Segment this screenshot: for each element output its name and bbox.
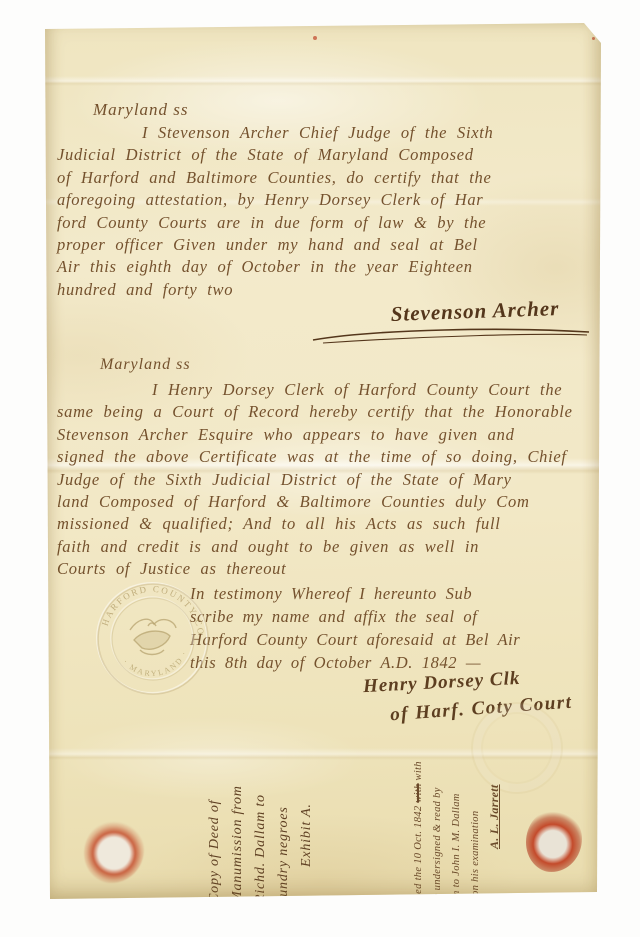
filing-line: Filed the 10 Oct. 1842 with with <box>409 717 428 899</box>
embossed-court-seal: HARFORD COUNTY COURT · MARYLAND · <box>92 578 212 698</box>
judge-attestation-paragraph: I Stevenson Archer Chief Judge of the Si… <box>57 122 597 301</box>
docket-label: Copy of Deed ofManumission fromRichd. Da… <box>203 717 321 899</box>
handwritten-line: aforegoing attestation, by Henry Dorsey … <box>57 189 597 211</box>
red-ink-speck <box>592 37 595 40</box>
filing-line-continuation: with <box>413 761 424 783</box>
handwritten-line: proper officer Given under my hand and s… <box>57 234 597 256</box>
handwritten-line: of Harford and Baltimore Counties, do ce… <box>57 167 597 189</box>
handwritten-line: Judicial District of the State of Maryla… <box>57 144 597 166</box>
handwritten-line: land Composed of Harford & Baltimore Cou… <box>57 491 597 513</box>
svg-text:HARFORD COUNTY COURT: HARFORD COUNTY COURT <box>92 578 206 637</box>
scan-background: Maryland ss I Stevenson Archer Chief Jud… <box>0 0 640 937</box>
testimony-clause: In testimony Whereof I hereunto Subscrib… <box>190 582 580 674</box>
handwritten-line: Stevenson Archer Esquire who appears to … <box>57 424 597 446</box>
red-ink-speck <box>313 36 317 40</box>
docket-line: Richd. Dallam to <box>249 717 272 899</box>
filing-line: him to John I. M. Dallam <box>447 717 466 899</box>
handwritten-line: ford County Courts are in due form of la… <box>57 212 597 234</box>
handwritten-line: I Stevenson Archer Chief Judge of the Si… <box>57 122 597 144</box>
docket-line: sundry negroes <box>272 717 295 899</box>
seal-ring-text-top: HARFORD COUNTY COURT <box>92 578 206 637</box>
seal-eagle-icon <box>130 619 176 654</box>
clerk-attestation-heading: Maryland ss <box>100 356 191 374</box>
handwritten-line: faith and credit is and ought to be give… <box>57 536 597 558</box>
signature-flourish <box>307 325 597 347</box>
clerk-attestation-paragraph: I Henry Dorsey Clerk of Harford County C… <box>57 379 597 581</box>
handwritten-line: missioned & qualified; And to all his Ac… <box>57 513 597 535</box>
handwritten-line: Air this eighth day of October in the ye… <box>57 256 597 278</box>
wax-seal-remnant-left <box>84 821 144 883</box>
paper-crease <box>45 76 601 86</box>
filing-note: Filed the 10 Oct. 1842 with with the und… <box>409 717 505 899</box>
handwritten-line: signed the above Certificate was at the … <box>57 446 597 468</box>
struck-word: with <box>413 783 424 802</box>
handwritten-line: same being a Court of Record hereby cert… <box>57 401 597 423</box>
docket-line: Exhibit A. <box>295 717 318 899</box>
filing-date-text: Filed the 10 Oct. 1842 <box>413 803 424 899</box>
handwritten-line: Judge of the Sixth Judicial District of … <box>57 469 597 491</box>
docket-line: Manumission from <box>226 717 249 899</box>
handwritten-line: scribe my name and affix the seal of <box>190 605 580 628</box>
handwritten-line: this 8th day of October A.D. 1842 — <box>190 651 580 674</box>
filing-line: the undersigned & read by <box>428 717 447 899</box>
jarrett-signature: A. L. Jarrett <box>485 717 504 899</box>
wax-seal-remnant-right <box>526 810 582 872</box>
handwritten-line: I Henry Dorsey Clerk of Harford County C… <box>57 379 597 401</box>
docket-line: Copy of Deed of <box>203 717 226 899</box>
handwritten-line: Harford County Court aforesaid at Bel Ai… <box>190 628 580 651</box>
filing-line: upon his examination <box>466 717 485 899</box>
document-paper: Maryland ss I Stevenson Archer Chief Jud… <box>45 22 601 899</box>
handwritten-line: In testimony Whereof I hereunto Sub <box>190 582 580 605</box>
judge-attestation-heading: Maryland ss <box>93 100 189 120</box>
